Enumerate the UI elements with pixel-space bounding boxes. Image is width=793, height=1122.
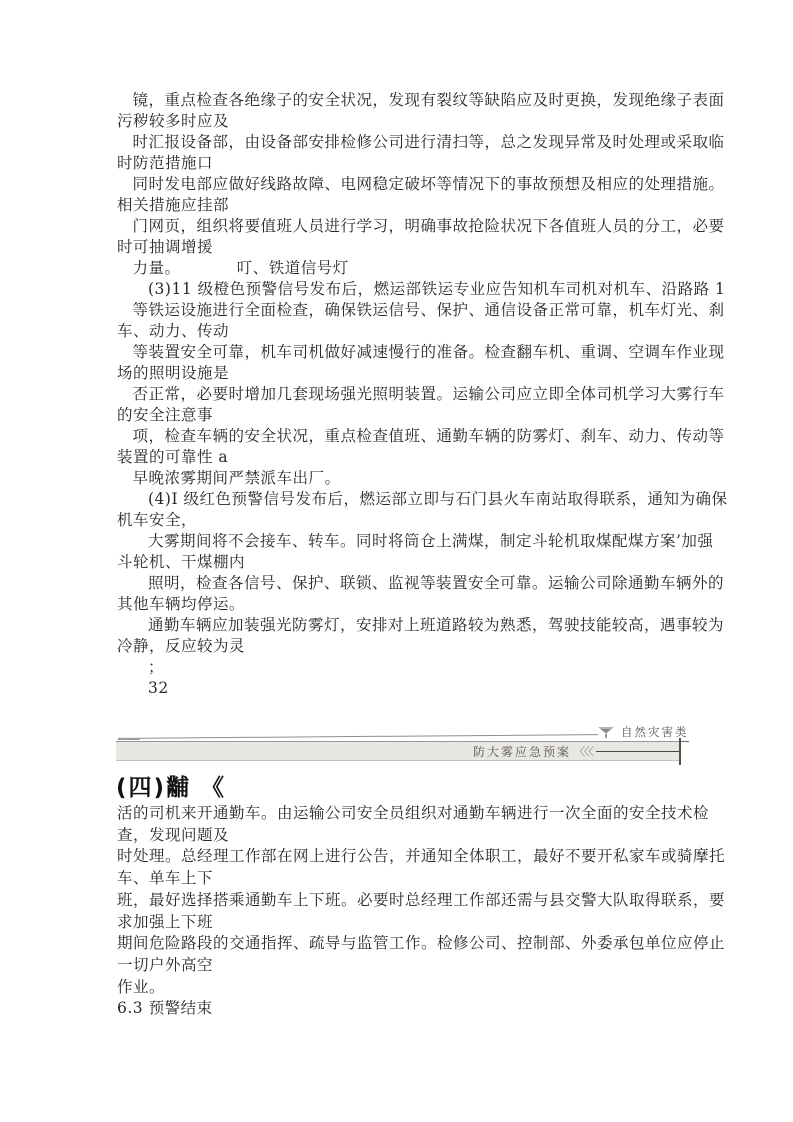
text-line: 机车安全， [117,510,687,531]
text-line: 求加强上下班 [117,912,697,934]
text-line: 期间危险路段的交通指挥、疏导与监管工作。检修公司、控制部、外委承包单位应停止 [117,933,697,955]
text-line: 时防范措施口 [117,153,687,174]
banner-rule [596,751,680,752]
document-page: 镜，重点检查各绝缘子的安全状况，发现有裂纹等缺陷应及时更换，发现绝缘子表面污秽较… [0,0,793,1122]
text-line: 等铁运设施进行全面检查，确保铁运信号、保护、通信设备正常可靠，机车灯光、刹 [117,300,687,321]
text-line: 相关措施应挂部 [117,195,687,216]
text-line: 32 [117,678,687,699]
text-line: (4)I 级红色预警信号发布后，燃运部立即与石门县火车南站取得联系，通知为确保 [117,489,687,510]
text-line: 斗轮机、干煤棚内 [117,552,687,573]
text-line: 查，发现问题及 [117,825,697,847]
text-line: 一切户外高空 [117,955,697,977]
body-text-block-top: 镜，重点检查各绝缘子的安全状况，发现有裂纹等缺陷应及时更换，发现绝缘子表面污秽较… [117,90,687,699]
text-line: 车、单车上下 [117,868,697,890]
text-line: 门网页，组织将要值班人员进行学习，明确事故抢险状况下各值班人员的分工，必要 [117,216,687,237]
banner-title: 防大雾应急预案 [473,743,571,760]
text-line: ； [117,657,687,678]
text-line: 冷静，反应较为灵 [117,636,687,657]
text-line: 大雾期间将不会接车、转车。同时将筒仓上满煤，制定斗轮机取煤配煤方案’加强 [117,531,687,552]
text-line: 车、动力、传动 [117,321,687,342]
text-line: 早晚浓雾期间严禁派车出厂。 [117,468,687,489]
text-line: 其他车辆均停运。 [117,594,687,615]
text-line: 镜，重点检查各绝缘子的安全状况，发现有裂纹等缺陷应及时更换，发现绝缘子表面 [117,90,687,111]
text-line: (3)11 级橙色预警信号发布后，燃运部铁运专业应告知机车司机对机车、沿路路 1 [117,279,687,300]
text-line: 活的司机来开通勤车。由运输公司安全员组织对通勤车辆进行一次全面的安全技术检 [117,803,697,825]
banner-arrows-icon: 〈〈〈 [574,743,593,759]
text-line: 时汇报设备部，由设备部安排检修公司进行清扫等，总之发现异常及时处理或采取临 [117,132,687,153]
text-line: 装置的可靠性 a [117,447,687,468]
text-line: 作业。 [117,977,697,999]
category-logo-icon [597,725,615,739]
text-line: 场的照明设施是 [117,363,687,384]
text-line: 时可抽调增援 [117,237,687,258]
text-line: 项，检查车辆的安全状况，重点检查值班、通勤车辆的防雾灯、刹车、动力、传动等 [117,426,687,447]
text-line: 等装置安全可靠，机车司机做好减速慢行的准备。检查翻车机、重调、空调车作业现 [117,342,687,363]
banner-band: 防大雾应急预案 〈〈〈 [116,741,680,761]
text-line: 同时发电部应做好线路故障、电网稳定破坏等情况下的事故预想及相应的处理措施。 [117,174,687,195]
section-heading: (四)黼 《 [116,769,226,802]
text-line: 时处理。总经理工作部在网上进行公告，并通知全体职工，最好不要开私家车或骑摩托 [117,846,697,868]
text-line: 通勤车辆应加装强光防雾灯，安排对上班道路较为熟悉，驾驶技能较高，遇事较为 [117,615,687,636]
text-line: 班，最好选择搭乘通勤车上下班。必要时总经理工作部还需与县交警大队取得联系，要 [117,890,697,912]
text-line: 污秽较多时应及 [117,111,687,132]
header-divider-dash [118,739,140,740]
text-line: 照明，检查各信号、保护、联锁、监视等装置安全可靠。运输公司除通勤车辆外的 [117,573,687,594]
text-line: 否正常，必要时增加几套现场强光照明装置。运输公司应立即全体司机学习大雾行车 [117,384,687,405]
header-divider-line [118,734,598,739]
text-line: 力量。 叮、铁道信号灯 [117,258,687,279]
banner-right-border [679,738,681,765]
text-line: 6.3 预警结束 [117,998,697,1020]
body-text-block-bottom: 活的司机来开通勤车。由运输公司安全员组织对通勤车辆进行一次全面的安全技术检查，发… [117,803,697,1020]
text-line: 的安全注意事 [117,405,687,426]
